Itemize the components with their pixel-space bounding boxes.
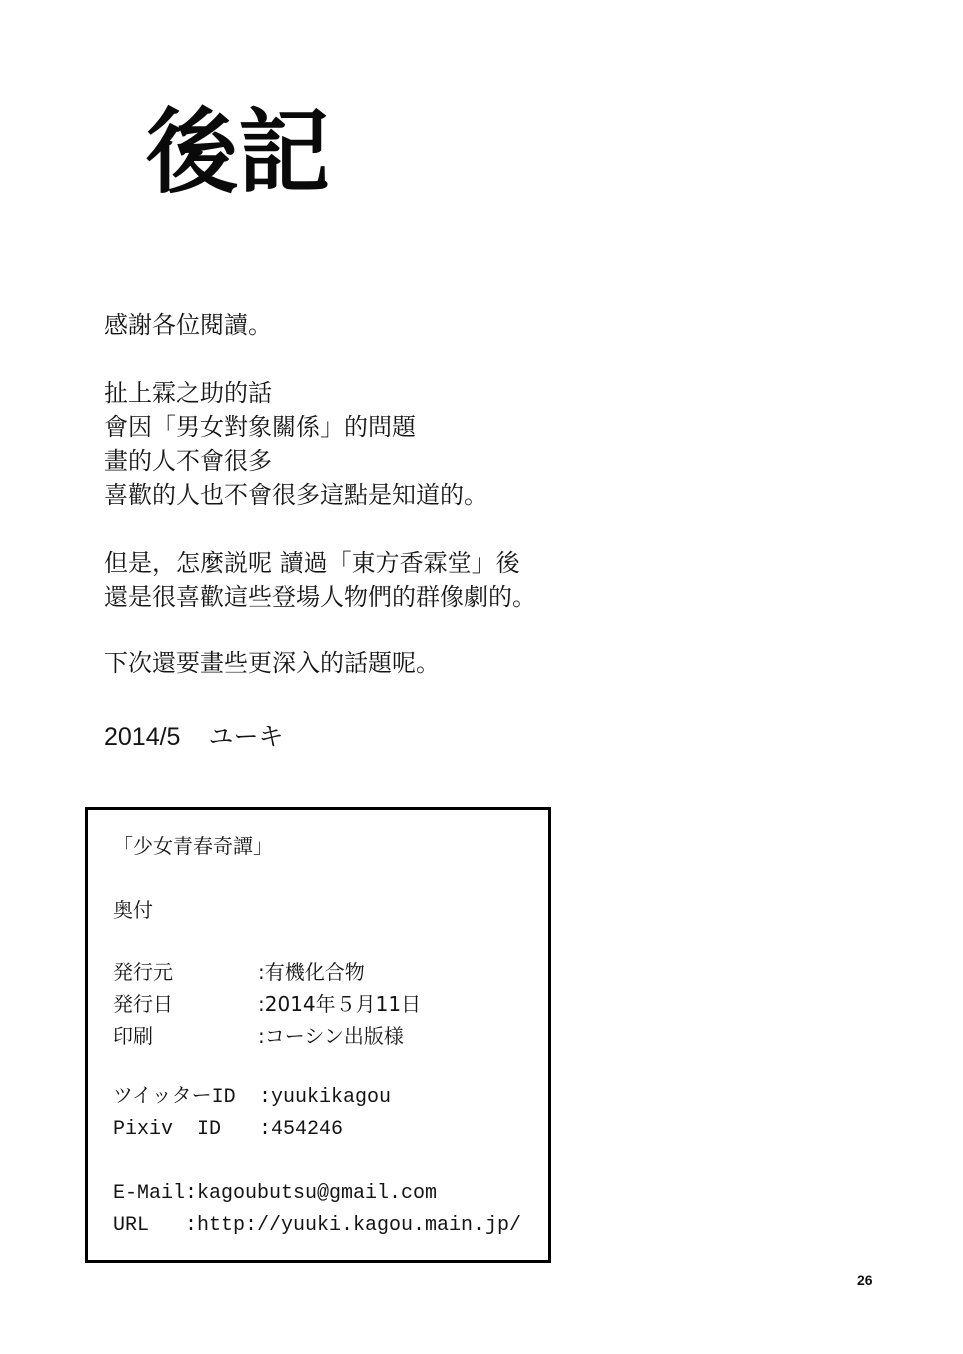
text-line: 下次還要畫些更深入的話題呢。 xyxy=(104,646,440,680)
text-line: 喜歡的人也不會很多這點是知道的。 xyxy=(104,478,488,512)
detail-label: ツイッターID xyxy=(113,1084,259,1112)
book-title: 「少女青春奇譚」 xyxy=(113,832,273,860)
detail-value: :454246 xyxy=(259,1118,343,1141)
signature-author: ユーキ xyxy=(208,723,283,751)
signature: 2014/5ユーキ xyxy=(104,720,283,754)
text-line: 但是，怎麼説呢 讀過「東方香霖堂」後 xyxy=(104,546,536,580)
detail-pixiv-id: Pixiv ID:454246 xyxy=(113,1116,343,1144)
detail-value: :kagoubutsu@gmail.com xyxy=(185,1182,437,1205)
detail-value: :有機化合物 xyxy=(258,960,365,984)
detail-value: :2014年５月11日 xyxy=(258,992,421,1016)
detail-label: Pixiv ID xyxy=(113,1116,259,1144)
detail-value: :コーシン出版様 xyxy=(258,1024,404,1048)
detail-publisher: 発行元:有機化合物 xyxy=(113,958,365,986)
text-line: 感謝各位閱讀。 xyxy=(104,308,272,342)
detail-label: E-Mail xyxy=(113,1182,185,1205)
detail-label: 印刷 xyxy=(113,1022,258,1050)
page-number: 26 xyxy=(857,1272,873,1288)
detail-value: :yuukikagou xyxy=(259,1086,391,1109)
detail-twitter-id: ツイッターID :yuukikagou xyxy=(113,1084,391,1112)
detail-email: E-Mail:kagoubutsu@gmail.com xyxy=(113,1180,437,1208)
text-line: 扯上霖之助的話 xyxy=(104,376,488,410)
colophon-box: 「少女青春奇譚」 奥付 発行元:有機化合物 発行日:2014年５月11日 印刷:… xyxy=(85,807,551,1263)
text-line: 還是很喜歡這些登場人物們的群像劇的。 xyxy=(104,580,536,614)
afterword-paragraph-3: 但是，怎麼説呢 讀過「東方香霖堂」後 還是很喜歡這些登場人物們的群像劇的。 xyxy=(104,546,536,614)
detail-label: 発行日 xyxy=(113,990,258,1018)
text-line: 畫的人不會很多 xyxy=(104,444,488,478)
text-line: 會因「男女對象關係」的問題 xyxy=(104,410,488,444)
detail-label: URL xyxy=(113,1212,185,1240)
detail-printer: 印刷:コーシン出版様 xyxy=(113,1022,404,1050)
afterword-paragraph-1: 感謝各位閱讀。 xyxy=(104,308,272,342)
signature-date: 2014/5 xyxy=(104,723,180,751)
page-title: 後記 xyxy=(146,98,330,208)
detail-url: URL :http://yuuki.kagou.main.jp/ xyxy=(113,1212,521,1240)
detail-label: 発行元 xyxy=(113,958,258,986)
detail-publish-date: 発行日:2014年５月11日 xyxy=(113,990,421,1018)
afterword-paragraph-2: 扯上霖之助的話 會因「男女對象關係」的問題 畫的人不會很多 喜歡的人也不會很多這… xyxy=(104,376,488,512)
afterword-paragraph-4: 下次還要畫些更深入的話題呢。 xyxy=(104,646,440,680)
detail-value: :http://yuuki.kagou.main.jp/ xyxy=(185,1214,521,1237)
colophon-heading: 奥付 xyxy=(113,896,153,924)
